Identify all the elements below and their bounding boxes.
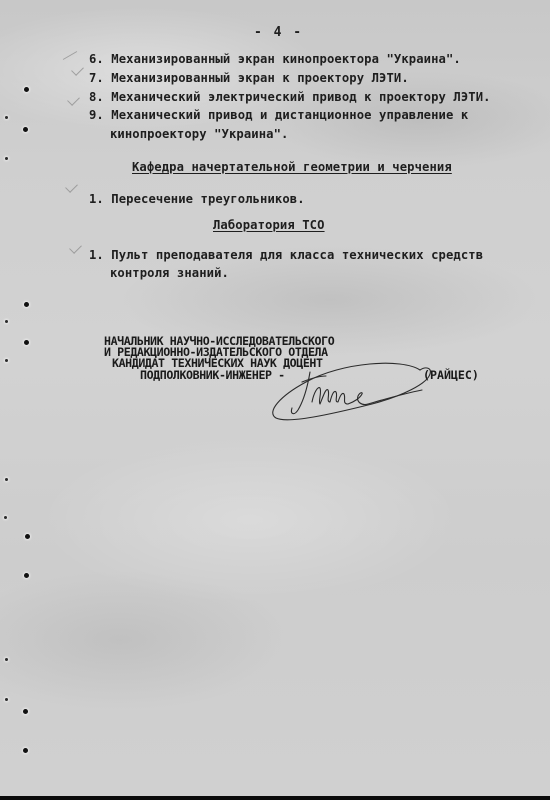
punch-hole-mark [24, 340, 29, 345]
punch-hole-mark [23, 127, 28, 132]
list-item-continuation: кинопроектору "Украина". [110, 127, 289, 141]
list-item: 6. Механизированный экран кинопроектора … [89, 52, 461, 66]
punch-hole-mark [5, 658, 8, 661]
signature-icon [262, 352, 462, 432]
section-heading: Кафедра начертательной геометрии и черче… [132, 160, 452, 174]
page-number: - 4 - [254, 25, 303, 40]
punch-hole-mark [24, 573, 29, 578]
punch-hole-mark [23, 709, 28, 714]
check-mark-icon [71, 63, 84, 76]
punch-hole-mark [5, 157, 8, 160]
check-mark-icon [69, 241, 82, 254]
check-mark-icon [67, 93, 80, 106]
scan-bottom-edge [0, 796, 550, 800]
punch-hole-mark [5, 478, 8, 481]
punch-hole-mark [5, 698, 8, 701]
check-mark-icon [65, 180, 78, 193]
punch-hole-mark [4, 516, 7, 519]
list-item: 9. Механический привод и дистанционное у… [89, 108, 468, 122]
punch-hole-mark [5, 359, 8, 362]
punch-hole-mark [23, 748, 28, 753]
punch-hole-mark [5, 116, 8, 119]
section-heading: Лаборатория ТСО [213, 218, 325, 232]
punch-hole-mark [5, 320, 8, 323]
punch-hole-mark [25, 534, 30, 539]
punch-hole-mark [24, 87, 29, 92]
list-item: 1. Пересечение треугольников. [89, 192, 305, 206]
list-item: 7. Механизированный экран к проектору ЛЭ… [89, 71, 409, 85]
list-item: 8. Механический электрический привод к п… [89, 90, 491, 104]
list-item-continuation: контроля знаний. [110, 266, 229, 280]
document-page: - 4 - 6. Механизированный экран кинопрое… [0, 0, 550, 796]
punch-hole-mark [24, 302, 29, 307]
list-item: 1. Пульт преподавателя для класса технич… [89, 248, 483, 262]
pencil-mark-icon [63, 51, 77, 60]
